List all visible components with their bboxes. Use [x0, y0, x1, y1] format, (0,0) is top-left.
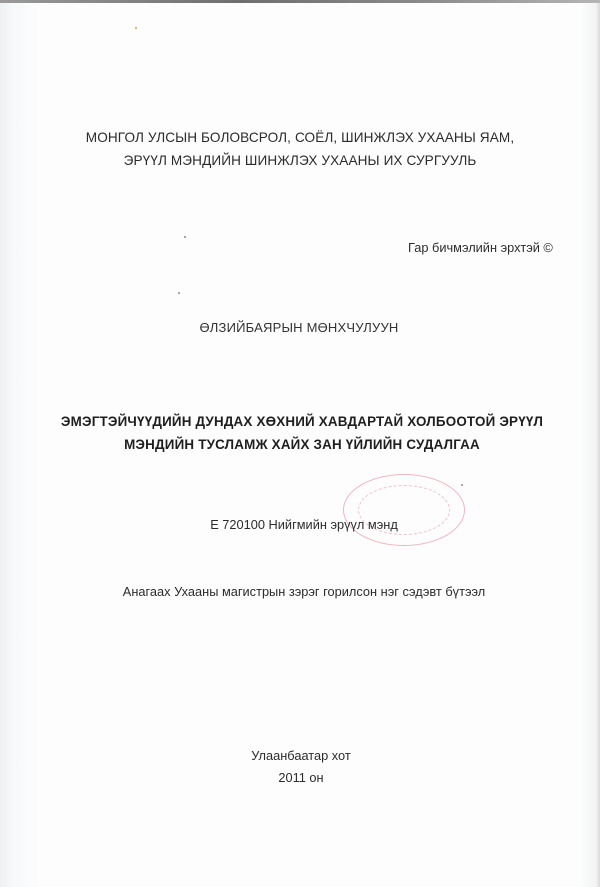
scan-top-edge [0, 0, 600, 3]
city: Улаанбаатар хот [1, 748, 600, 763]
scan-speck [178, 292, 180, 294]
institution-line-2: ЭРҮҮЛ МЭНДИЙН ШИНЖЛЭХ УХААНЫ ИХ СУРГУУЛЬ [0, 153, 600, 168]
thesis-title-line-1: ЭМЭГТЭЙЧҮҮДИЙН ДУНДАХ ХӨХНИЙ ХАВДАРТАЙ Х… [2, 414, 600, 429]
scan-speck [461, 484, 463, 486]
rights-notice: Гар бичмэлийн эрхтэй © [408, 240, 553, 255]
author-name: ӨЛЗИЙБАЯРЫН МӨНХЧУЛУУН [0, 320, 599, 335]
thesis-title-line-2: МЭНДИЙН ТУСЛАМЖ ХАЙХ ЗАН ҮЙЛИЙН СУДАЛГАА [2, 437, 600, 452]
red-stamp-seal [343, 474, 465, 546]
specialty-code: Е 720100 Нийгмийн эрүүл мэнд [4, 517, 600, 532]
institution-line-1: МОНГОЛ УЛСЫН БОЛОВСРОЛ, СОЁЛ, ШИНЖЛЭХ УХ… [0, 130, 600, 145]
scan-speck [135, 27, 137, 29]
year: 2011 он [1, 770, 600, 785]
scan-speck [184, 236, 186, 238]
document-page: МОНГОЛ УЛСЫН БОЛОВСРОЛ, СОЁЛ, ШИНЖЛЭХ УХ… [0, 0, 600, 887]
degree-statement: Анагаах Ухааны магистрын зэрэг горилсон … [4, 584, 600, 599]
